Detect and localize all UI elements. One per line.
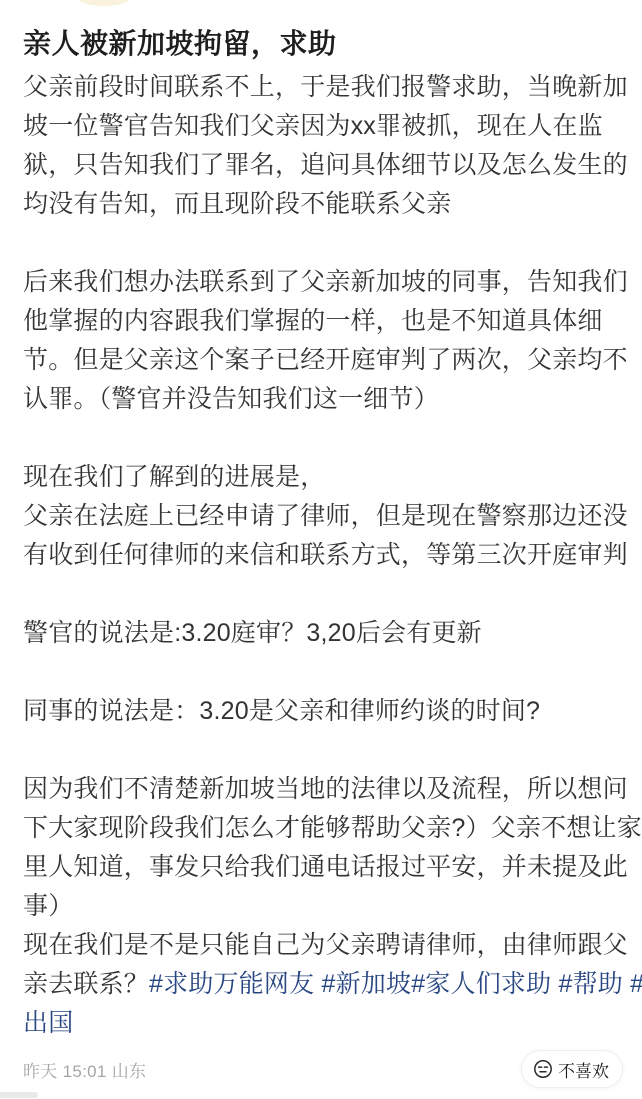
post-detail-page: 亲人被新加坡拘留，求助 父亲前段时间联系不上，于是我们报警求助，当晚新加坡一位警… — [0, 0, 642, 1099]
body-line: 狱，只告知我们了罪名，追问具体细节以及怎么发生的 — [23, 146, 619, 185]
text-run: 里人知道，事发只给我们通电话报过平安，并未提及此 — [23, 853, 628, 881]
body-line: 因为我们不清楚新加坡当地的法律以及流程，所以想问 — [23, 770, 619, 809]
hashtag-link[interactable]: 出国 — [23, 1009, 73, 1037]
expressionless-face-icon — [533, 1059, 553, 1079]
text-run: 坡一位警官告知我们父亲因为xx罪被抓，现在人在监 — [23, 112, 603, 140]
post-paragraph: 后来我们想办法联系到了父亲新加坡的同事，告知我们他掌握的内容跟我们掌握的一样，也… — [23, 263, 619, 419]
text-run: 现在我们了解到的进展是， — [23, 463, 325, 491]
post-paragraph: 警官的说法是:3.20庭审？3,20后会有更新 — [23, 614, 619, 653]
post-paragraph: 父亲前段时间联系不上，于是我们报警求助，当晚新加坡一位警官告知我们父亲因为xx罪… — [23, 68, 619, 224]
cutoff-element-bottom — [0, 1092, 38, 1098]
body-line: 认罪。（警官并没告知我们这一细节） — [23, 380, 619, 419]
post-paragraph: 同事的说法是：3.20是父亲和律师约谈的时间? — [23, 692, 619, 731]
post-meta-timestamp-location: 昨天 15:01 山东 — [23, 1057, 146, 1082]
text-run: 均没有告知，而且现阶段不能联系父亲 — [23, 190, 451, 218]
text-run: 后来我们想办法联系到了父亲新加坡的同事，告知我们 — [23, 268, 628, 296]
body-line: 亲去联系？#求助万能网友 #新加坡#家人们求助 #帮助 # — [23, 965, 619, 1004]
dislike-button-label: 不喜欢 — [558, 1057, 609, 1082]
body-line: 父亲在法庭上已经申请了律师，但是现在警察那边还没 — [23, 497, 619, 536]
body-line: 事） — [23, 887, 619, 926]
text-run: 认罪。（警官并没告知我们这一细节） — [23, 385, 439, 413]
hashtag-link[interactable]: #家人们求助 — [411, 970, 551, 998]
body-line: 坡一位警官告知我们父亲因为xx罪被抓，现在人在监 — [23, 107, 619, 146]
text-run: 警官的说法是:3.20庭审？3,20后会有更新 — [23, 619, 482, 647]
post-body: 父亲前段时间联系不上，于是我们报警求助，当晚新加坡一位警官告知我们父亲因为xx罪… — [23, 68, 619, 1043]
text-run: 节。但是父亲这个案子已经开庭审判了两次，父亲均不 — [23, 346, 628, 374]
text-run: 事） — [23, 892, 73, 920]
body-line: 里人知道，事发只给我们通电话报过平安，并未提及此 — [23, 848, 619, 887]
post-title: 亲人被新加坡拘留，求助 — [23, 24, 619, 64]
body-line: 父亲前段时间联系不上，于是我们报警求助，当晚新加 — [23, 68, 619, 107]
cutoff-avatar-top — [76, 0, 132, 6]
text-run: 父亲前段时间联系不上，于是我们报警求助，当晚新加 — [23, 73, 628, 101]
text-run: 父亲在法庭上已经申请了律师，但是现在警察那边还没 — [23, 502, 628, 530]
dislike-button[interactable]: 不喜欢 — [521, 1050, 623, 1088]
text-run: 下大家现阶段我们怎么才能够帮助父亲?）父亲不想让家 — [23, 814, 642, 842]
hashtag-link[interactable]: # — [630, 970, 642, 998]
hashtag-link[interactable]: #帮助 — [558, 970, 623, 998]
text-run: 同事的说法是：3.20是父亲和律师约谈的时间? — [23, 697, 540, 725]
text-run: 亲去联系？ — [23, 970, 149, 998]
body-line: 他掌握的内容跟我们掌握的一样，也是不知道具体细 — [23, 302, 619, 341]
body-line: 节。但是父亲这个案子已经开庭审判了两次，父亲均不 — [23, 341, 619, 380]
post-paragraph: 因为我们不清楚新加坡当地的法律以及流程，所以想问下大家现阶段我们怎么才能够帮助父… — [23, 770, 619, 1043]
post-content: 亲人被新加坡拘留，求助 父亲前段时间联系不上，于是我们报警求助，当晚新加坡一位警… — [0, 24, 642, 1043]
hashtag-link[interactable]: #求助万能网友 — [149, 970, 314, 998]
body-line: 警官的说法是:3.20庭审？3,20后会有更新 — [23, 614, 619, 653]
body-line: 下大家现阶段我们怎么才能够帮助父亲?）父亲不想让家 — [23, 809, 619, 848]
body-line: 均没有告知，而且现阶段不能联系父亲 — [23, 185, 619, 224]
body-line: 现在我们是不是只能自己为父亲聘请律师，由律师跟父 — [23, 926, 619, 965]
post-paragraph: 现在我们了解到的进展是，父亲在法庭上已经申请了律师，但是现在警察那边还没有收到任… — [23, 458, 619, 575]
text-run: 他掌握的内容跟我们掌握的一样，也是不知道具体细 — [23, 307, 603, 335]
text-run: 现在我们是不是只能自己为父亲聘请律师，由律师跟父 — [23, 931, 628, 959]
body-line: 有收到任何律师的来信和联系方式，等第三次开庭审判 — [23, 536, 619, 575]
body-line: 现在我们了解到的进展是， — [23, 458, 619, 497]
body-line: 出国 — [23, 1004, 619, 1043]
text-run: 有收到任何律师的来信和联系方式，等第三次开庭审判 — [23, 541, 628, 569]
text-run: 因为我们不清楚新加坡当地的法律以及流程，所以想问 — [23, 775, 628, 803]
text-run: 狱，只告知我们了罪名，追问具体细节以及怎么发生的 — [23, 151, 628, 179]
body-line: 同事的说法是：3.20是父亲和律师约谈的时间? — [23, 692, 619, 731]
hashtag-link[interactable]: #新加坡 — [321, 970, 411, 998]
post-footer: 昨天 15:01 山东 不喜欢 — [23, 1049, 623, 1089]
body-line: 后来我们想办法联系到了父亲新加坡的同事，告知我们 — [23, 263, 619, 302]
